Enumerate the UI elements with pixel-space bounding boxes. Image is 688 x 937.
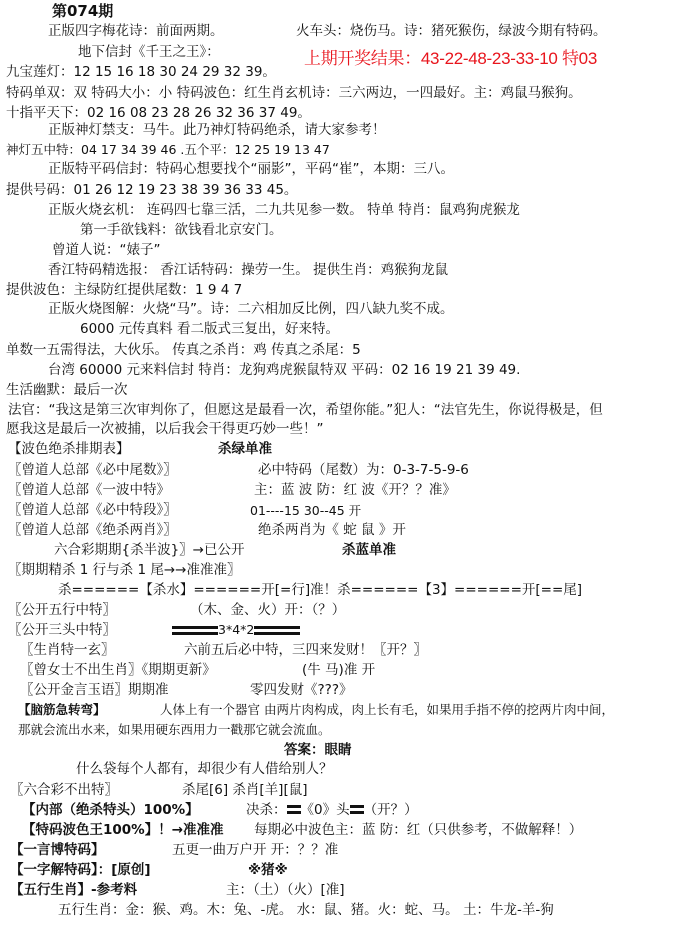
issue-number: 第074期: [52, 2, 113, 20]
bose-value: 杀绿单准: [218, 440, 272, 458]
bar-decoration-icon: [172, 626, 218, 636]
yizi-label: 【一字解特码】：[原创]: [10, 861, 151, 879]
shendeng-wuzhong-line: 神灯五中特：04 17 34 39 46 .五个平：12 25 19 13 47: [6, 141, 330, 159]
bar-decoration-icon: [350, 805, 364, 815]
buchute-value: 杀尾[6] 杀肖[羊][鼠]: [182, 781, 307, 799]
bosewang-value: 每期必中波色主：蓝 防：红（只供参考，不做解释！）: [254, 821, 582, 839]
riddle-line1: 人体上有一个器官 由两片肉构成，肉上长有毛，如果用手指不停的挖两片肉中间，: [160, 701, 614, 719]
shengxiao-label: 〖生肖特一玄〗: [20, 641, 115, 659]
bar-decoration-icon: [287, 805, 301, 815]
youmo-title: 生活幽默：最后一次: [6, 381, 128, 399]
teduan-label: 〖曾道人总部《必中特段》〗: [8, 501, 177, 519]
taiwan-line: 台湾 60000 元来料信封 特肖：龙狗鸡虎猴鼠特双 平码：02 16 19 2…: [48, 361, 520, 379]
youmo-line1: 法官：“我这是第三次审判你了，但愿这是最看一次，希望你能。”犯人：“法官先生，你…: [8, 401, 603, 419]
riddle-answer: 答案：眼睛: [284, 741, 352, 759]
bosewang-label: 【特码波色王100%】！→准准准: [22, 821, 224, 839]
last-result-banner: 上期开奖结果：43-22-48-23-33-10 特03: [304, 50, 597, 68]
tigong-bose-line: 提供波色：主绿防红提供尾数：1 9 4 7: [6, 281, 242, 299]
tema-danshuang-line: 特码单双：双 特码大小：小 特码波色：红生肖玄机诗：三六两边，一四最好。主：鸡鼠…: [6, 84, 582, 102]
santou-label: 〖公开三头中特〗: [8, 621, 116, 639]
zengnvshi-value: (牛 马)准 开: [302, 661, 375, 679]
tigong-haoma-line: 提供号码：01 26 12 19 23 38 39 36 33 45。: [6, 181, 297, 199]
riddle-question: 什么袋每个人都有，却很少有人借给别人？: [76, 760, 333, 778]
buchute-label: 〖六合彩不出特〗: [10, 781, 118, 799]
chuanzhen-6000-line: 6000 元传真料 看二版式三复出，好来特。: [80, 320, 339, 338]
yiyan-value: 五更一曲万户开 开：？？准: [172, 841, 338, 859]
bar-decoration-icon: [254, 626, 300, 636]
riddle-line2: 那就会流出水来，如果用硬东西用力一戳那它就会流血。: [18, 721, 331, 739]
yibo-label: 〖曾道人总部《一波中特》: [8, 481, 170, 499]
banbo-value: 杀蓝单准: [342, 541, 396, 559]
liangxiao-value: 绝杀两肖为《 蛇 鼠 》开: [258, 521, 406, 539]
zengdaoren-shuo-line: 曾道人说：“婊子”: [52, 241, 161, 259]
neibu-value-suffix: （开？）: [364, 802, 418, 818]
jinyan-label: 〖公开金言玉语〗期期准: [20, 681, 169, 699]
wuxing-zhongte-value: （木、金、火）开：（？）: [190, 601, 345, 619]
jingsha-label: 〖期期精杀 1 行与杀 1 尾→→准准准〗: [8, 561, 240, 579]
jinyan-value: 零四发财《???》: [250, 681, 353, 699]
xiangjiang-line: 香江特码精选报： 香江话特码：操劳一生。 提供生肖：鸡猴狗龙鼠: [48, 261, 448, 279]
wuxing-zhongte-label: 〖公开五行中特〗: [8, 601, 116, 619]
banbo-label: 六合彩期期{杀半波}〗→已公开: [54, 541, 245, 559]
yiyan-label: 【一言博特码】: [10, 841, 105, 859]
youmo-line2: 愿我这是最后一次被捕，以后我会干得更巧妙一些！”: [6, 420, 324, 438]
shengxiao-value: 六前五后必中特，三四来发财！〖开？〗: [184, 641, 427, 659]
neibu-value-mid: 《0》头: [301, 802, 350, 818]
jingsha-value: 杀======【杀水】======开[=行]准！杀======【3】======…: [58, 581, 582, 599]
neibu-value-row: 决杀：《0》头（开？）: [246, 801, 418, 819]
bose-title: 【波色绝杀排期表】: [8, 440, 130, 458]
teduan-value: 01----15 30--45 开: [250, 502, 361, 520]
wuxing-list: 五行生肖：金：猴、鸡。木：兔、-虎。 水：鼠、猪。火：蛇、马。 土：牛龙-羊-狗: [58, 901, 554, 919]
diyishou-line: 第一手欲钱料：欲钱看北京安门。: [80, 221, 283, 239]
shendeng-jinzhi-line: 正版神灯禁支：马牛。此乃神灯特码绝杀，请大家参考！: [48, 121, 386, 139]
dixia-xinfeng: 地下信封《千王之王》：: [78, 43, 220, 61]
yibo-value: 主：蓝 波 防：红 波《开？？准》: [254, 481, 456, 499]
shizhi-line: 十指平天下：02 16 08 23 28 26 32 36 37 49。: [6, 104, 311, 122]
riddle-title: 【脑筋急转弯】: [18, 701, 106, 719]
wuxing-shengxiao-value: 主：（土）（火）[准]: [226, 881, 345, 899]
santou-value-row: 3*4*2: [172, 621, 300, 639]
liangxiao-label: 〖曾道人总部《绝杀两肖》〗: [8, 521, 177, 539]
tepingma-xinfeng-line: 正版特平码信封：特码心想要找个“丽影”，平码“崔”，本期：三八。: [48, 160, 454, 178]
yizi-value: ※猪※: [248, 861, 288, 879]
bizhong-weishu-value: 必中特码（尾数）为：0-3-7-5-9-6: [258, 461, 469, 479]
huoshao-tujie-line: 正版火烧图解：火烧“马”。诗：二六相加反比例，四八缺九奖不成。: [48, 300, 454, 318]
bizhong-weishu-label: 〖曾道人总部《必中尾数》〗: [8, 461, 177, 479]
danshu-line: 单数一五需得法，大伙乐。 传真之杀肖：鸡 传真之杀尾：5: [6, 341, 361, 359]
meihua-poem: 正版四字梅花诗：前面两期。: [48, 22, 224, 40]
jiubao-line: 九宝莲灯：12 15 16 18 30 24 29 32 39。: [6, 63, 276, 81]
huoshao-xuanji-line: 正版火烧玄机： 连码四七靠三活，二九共见参一数。 特单 特肖：鼠鸡狗虎猴龙: [48, 201, 520, 219]
neibu-label: 【内部（绝杀特头）100%】: [22, 801, 199, 819]
wuxing-shengxiao-label: 【五行生肖】-参考料: [10, 881, 137, 899]
neibu-value-prefix: 决杀：: [246, 802, 287, 818]
huochetou-line: 火车头：烧伤马。诗：猪死猴伤，绿波今期有特码。: [296, 22, 607, 40]
santou-value: 3*4*2: [218, 622, 254, 637]
zengnvshi-label: 〖曾女士不出生肖〗《期期更新》: [20, 661, 216, 679]
